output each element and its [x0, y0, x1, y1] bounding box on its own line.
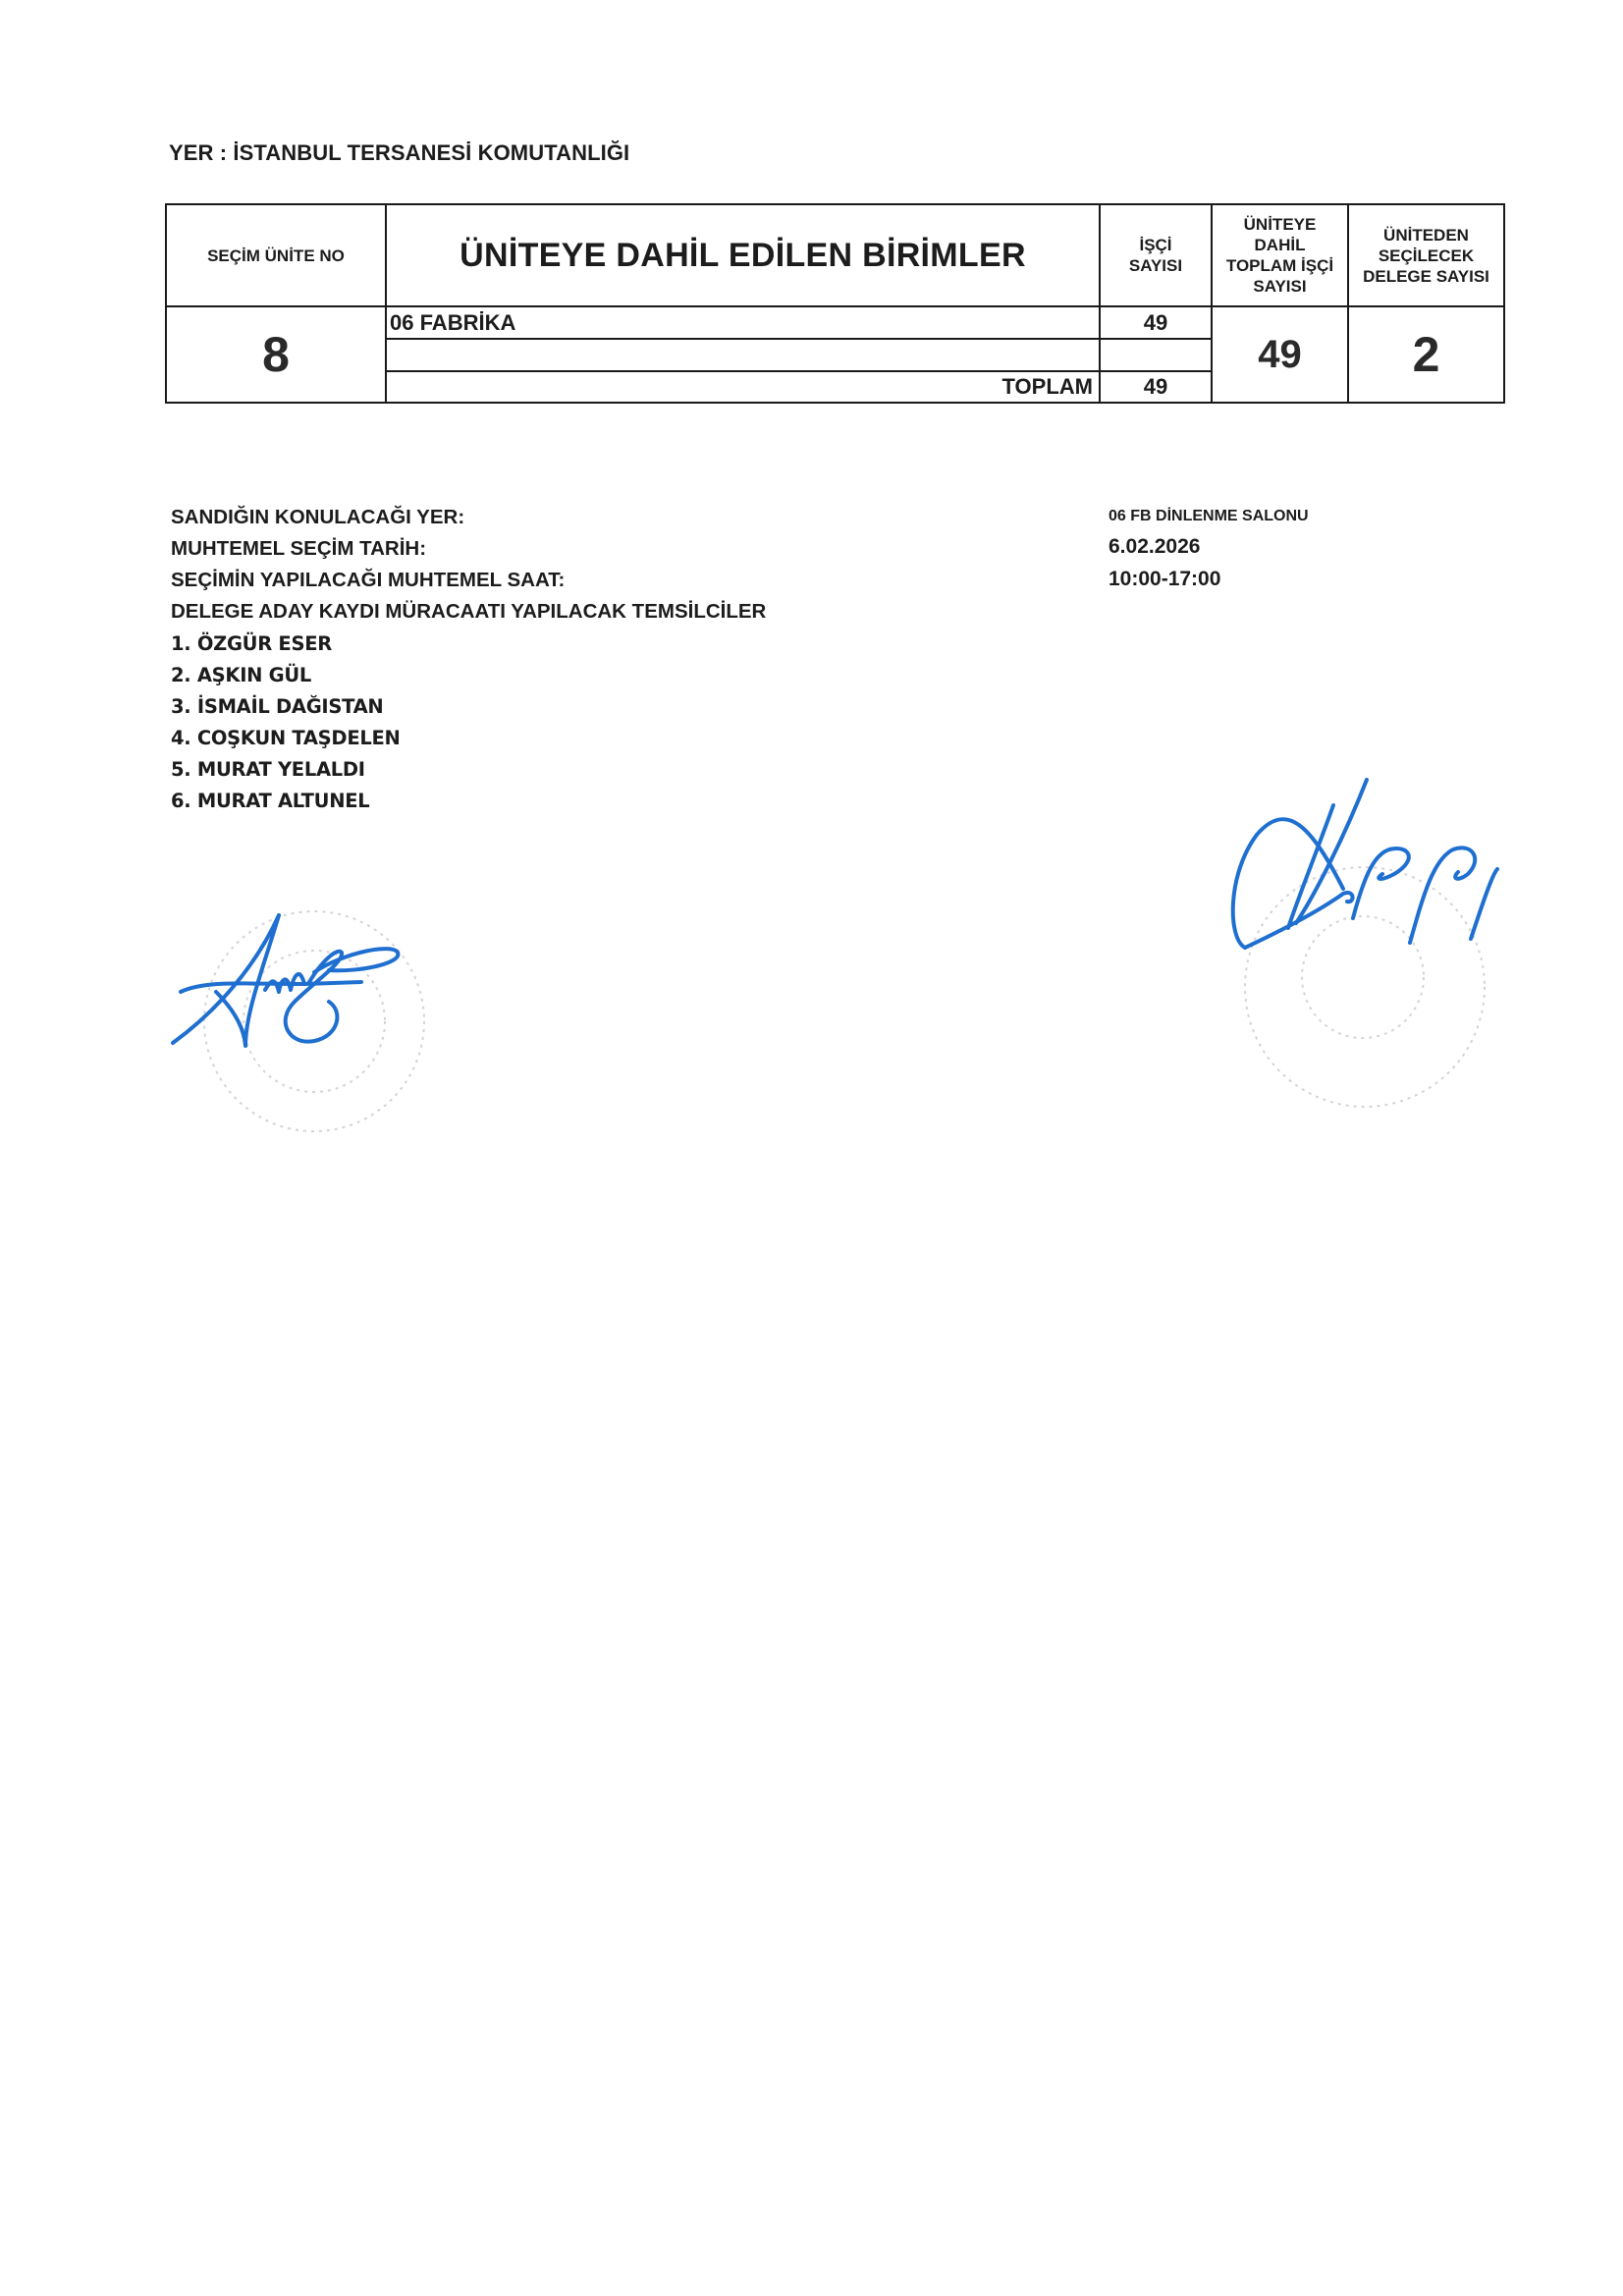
unit-row-workers: 49: [1101, 307, 1211, 338]
header-unit-no: SEÇİM ÜNİTE NO: [167, 205, 385, 305]
total-workers-row: 49: [1101, 372, 1211, 402]
representative-item: 3. İSMAİL DAĞISTAN: [171, 695, 383, 718]
unit-total-workers: 49: [1213, 307, 1347, 402]
representative-item: 4. COŞKUN TAŞDELEN: [171, 727, 401, 749]
header-total-workers-line: ÜNİTEYE: [1244, 214, 1317, 235]
table-border-bottom: [165, 402, 1505, 404]
election-time-label: SEÇİMİN YAPILACAĞI MUHTEMEL SAAT:: [171, 569, 565, 592]
header-total-workers-line: DAHİL: [1255, 235, 1306, 255]
header-total-workers-line: SAYISI: [1253, 276, 1306, 297]
election-date-label: MUHTEMEL SEÇİM TARİH:: [171, 537, 426, 561]
header-total-workers: ÜNİTEYE DAHİL TOPLAM İŞÇİ SAYISI: [1213, 203, 1347, 307]
header-worker-count: İŞÇİ SAYISI: [1101, 205, 1211, 305]
header-delegates-line: ÜNİTEDEN: [1383, 225, 1469, 246]
unit-table: SEÇİM ÜNİTE NO ÜNİTEYE DAHİL EDİLEN BİRİ…: [165, 203, 1505, 404]
unit-row-workers: [1101, 340, 1211, 370]
unit-row-name: [387, 340, 1099, 370]
header-delegates: ÜNİTEDEN SEÇİLECEK DELEGE SAYISI: [1349, 205, 1503, 305]
unit-number: 8: [167, 307, 385, 402]
ballot-location-value: 06 FB DİNLENME SALONU: [1109, 508, 1309, 525]
table-border-right: [1503, 203, 1505, 404]
total-label: TOPLAM: [387, 372, 1099, 402]
election-time-value: 10:00-17:00: [1109, 568, 1220, 591]
delegate-count: 2: [1349, 307, 1503, 402]
signature-stamp-right: [1217, 766, 1532, 1120]
header-total-workers-line: TOPLAM İŞÇİ: [1226, 255, 1333, 276]
header-worker-count-line: SAYISI: [1129, 255, 1182, 276]
location-title: YER : İSTANBUL TERSANESİ KOMUTANLIĞI: [169, 140, 629, 166]
header-units: ÜNİTEYE DAHİL EDİLEN BİRİMLER: [387, 205, 1099, 305]
ballot-location-label: SANDIĞIN KONULACAĞI YER:: [171, 506, 464, 529]
header-delegates-line: SEÇİLECEK: [1379, 246, 1474, 266]
representative-item: 6. MURAT ALTUNEL: [171, 790, 369, 812]
header-delegates-line: DELEGE SAYISI: [1363, 266, 1489, 287]
unit-row-name: 06 FABRİKA: [387, 307, 1099, 338]
representative-item: 2. AŞKIN GÜL: [171, 664, 311, 686]
representative-item: 5. MURAT YELALDI: [171, 758, 365, 781]
representative-item: 1. ÖZGÜR ESER: [171, 632, 332, 655]
header-worker-count-line: İŞÇİ: [1139, 235, 1171, 255]
representatives-label: DELEGE ADAY KAYDI MÜRACAATI YAPILACAK TE…: [171, 600, 766, 624]
election-date-value: 6.02.2026: [1109, 535, 1200, 559]
signature-stamp-left: [147, 874, 471, 1139]
